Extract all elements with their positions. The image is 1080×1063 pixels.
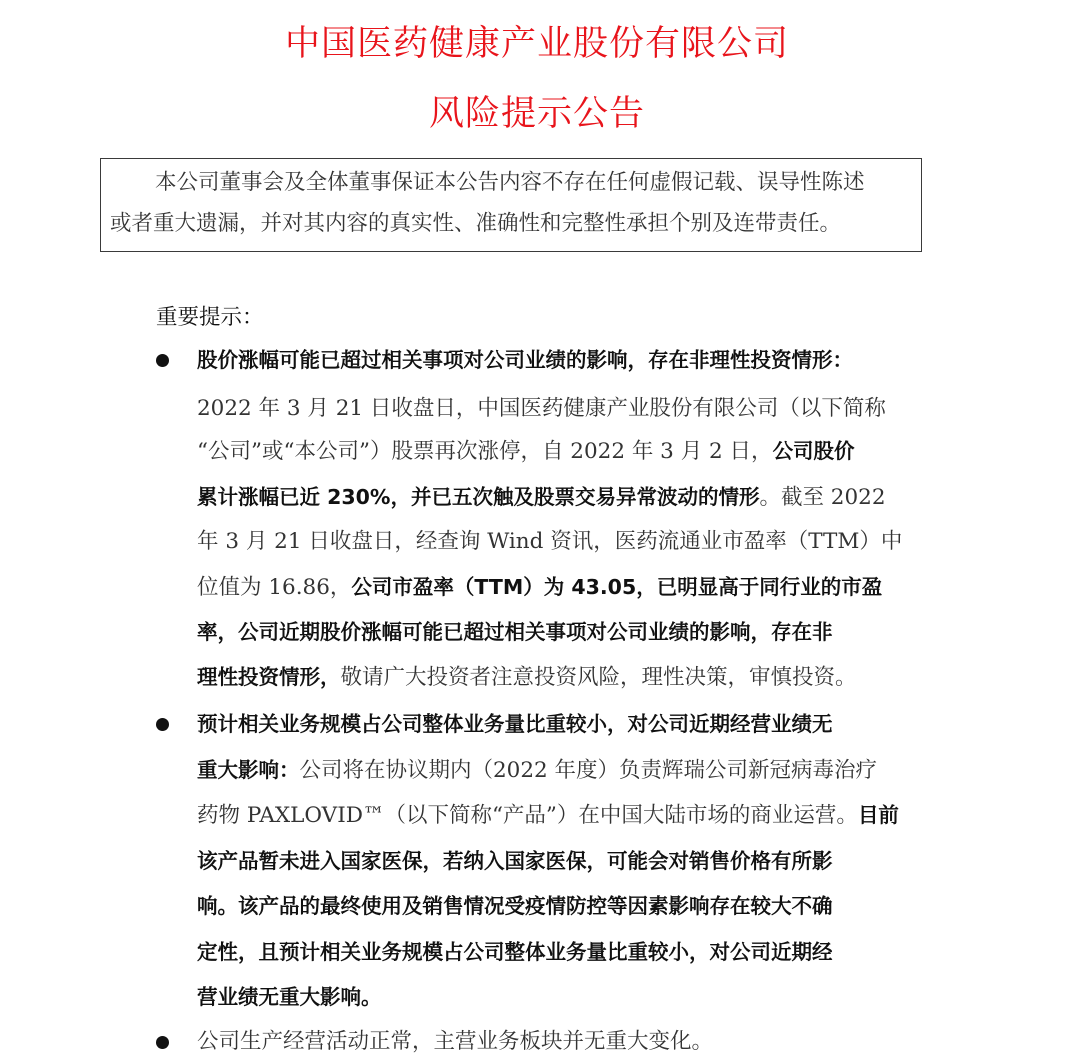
bold-text: 公司市盈率（TTM）为 43.05，已明显高于同行业的市盈 xyxy=(351,575,882,599)
item-line: 年 3 月 21 日收盘日，经查询 Wind 资讯，医药流通业市盈率（TTM）中 xyxy=(197,527,902,557)
important-notice-heading: 重要提示： xyxy=(156,303,264,333)
regular-text: 2022 年 3 月 21 日收盘日，中国医药健康产业股份有限公司（以下简称 xyxy=(197,396,886,421)
bullet-icon xyxy=(156,718,169,731)
item-line: 股价涨幅可能已超过相关事项对公司业绩的影响，存在非理性投资情形： xyxy=(197,345,853,376)
bold-text: 目前 xyxy=(858,803,899,827)
bold-text: 定性，且预计相关业务规模占公司整体业务量比重较小，对公司近期经 xyxy=(197,940,833,964)
regular-text: 敬请广大投资者注意投资风险，理性决策，审慎投资。 xyxy=(341,665,857,690)
announcement-title: 风险提示公告 xyxy=(0,92,1077,136)
item-line: 该产品暂未进入国家医保，若纳入国家医保，可能会对销售价格有所影 xyxy=(197,846,833,877)
item-line: 响。该产品的最终使用及销售情况受疫情防控等因素影响存在较大不确 xyxy=(197,891,833,922)
regular-text: 。截至 2022 xyxy=(759,485,885,510)
bold-text: 理性投资情形， xyxy=(197,665,341,689)
bullet-icon xyxy=(156,354,169,367)
regular-text: 药物 PAXLOVID™（以下简称“产品”）在中国大陆市场的商业运营。 xyxy=(197,803,858,828)
item-line: “公司”或“本公司”）股票再次涨停，自 2022 年 3 月 2 日，公司股价 xyxy=(197,436,855,467)
bold-text: 率，公司近期股价涨幅可能已超过相关事项对公司业绩的影响，存在非 xyxy=(197,620,833,644)
regular-text: 公司将在协议期内（2022 年度）负责辉瑞公司新冠病毒治疗 xyxy=(300,758,878,783)
board-statement-line-2: 或者重大遗漏，并对其内容的真实性、准确性和完整性承担个别及连带责任。 xyxy=(110,209,841,239)
item-line: 定性，且预计相关业务规模占公司整体业务量比重较小，对公司近期经 xyxy=(197,937,833,968)
bold-text: 该产品暂未进入国家医保，若纳入国家医保，可能会对销售价格有所影 xyxy=(197,849,833,873)
item-line: 营业绩无重大影响。 xyxy=(197,982,382,1013)
item-line: 重大影响：公司将在协议期内（2022 年度）负责辉瑞公司新冠病毒治疗 xyxy=(197,755,877,786)
bullet-icon xyxy=(156,1036,169,1049)
regular-text: 年 3 月 21 日收盘日，经查询 Wind 资讯，医药流通业市盈率（TTM）中 xyxy=(197,529,902,554)
item-line: 位值为 16.86，公司市盈率（TTM）为 43.05，已明显高于同行业的市盈 xyxy=(197,572,882,603)
board-statement-line-1: 本公司董事会及全体董事保证本公告内容不存在任何虚假记载、误导性陈述 xyxy=(155,168,865,198)
bold-text: 公司股价 xyxy=(773,439,855,463)
bold-text: 响。该产品的最终使用及销售情况受疫情防控等因素影响存在较大不确 xyxy=(197,894,833,918)
item-line: 公司生产经营活动正常，主营业务板块并无重大变化。 xyxy=(197,1027,713,1057)
item-line: 2022 年 3 月 21 日收盘日，中国医药健康产业股份有限公司（以下简称 xyxy=(197,394,886,424)
regular-text: 位值为 16.86， xyxy=(197,575,351,600)
bold-text: 重大影响： xyxy=(197,758,300,782)
item-line: 累计涨幅已近 230%，并已五次触及股票交易异常波动的情形。截至 2022 xyxy=(197,482,886,513)
item-line: 药物 PAXLOVID™（以下简称“产品”）在中国大陆市场的商业运营。目前 xyxy=(197,800,899,831)
regular-text: “公司”或“本公司”）股票再次涨停，自 2022 年 3 月 2 日， xyxy=(197,439,773,464)
bold-text: 累计涨幅已近 230%，并已五次触及股票交易异常波动的情形 xyxy=(197,485,759,509)
regular-text: 公司生产经营活动正常，主营业务板块并无重大变化。 xyxy=(197,1029,713,1054)
item-line: 理性投资情形，敬请广大投资者注意投资风险，理性决策，审慎投资。 xyxy=(197,662,857,693)
bold-text: 营业绩无重大影响。 xyxy=(197,985,382,1009)
bold-text: 股价涨幅可能已超过相关事项对公司业绩的影响，存在非理性投资情形： xyxy=(197,348,853,372)
company-title: 中国医药健康产业股份有限公司 xyxy=(0,22,1077,66)
item-line: 率，公司近期股价涨幅可能已超过相关事项对公司业绩的影响，存在非 xyxy=(197,617,833,648)
item-line: 预计相关业务规模占公司整体业务量比重较小，对公司近期经营业绩无 xyxy=(197,709,833,740)
bold-text: 预计相关业务规模占公司整体业务量比重较小，对公司近期经营业绩无 xyxy=(197,712,833,736)
